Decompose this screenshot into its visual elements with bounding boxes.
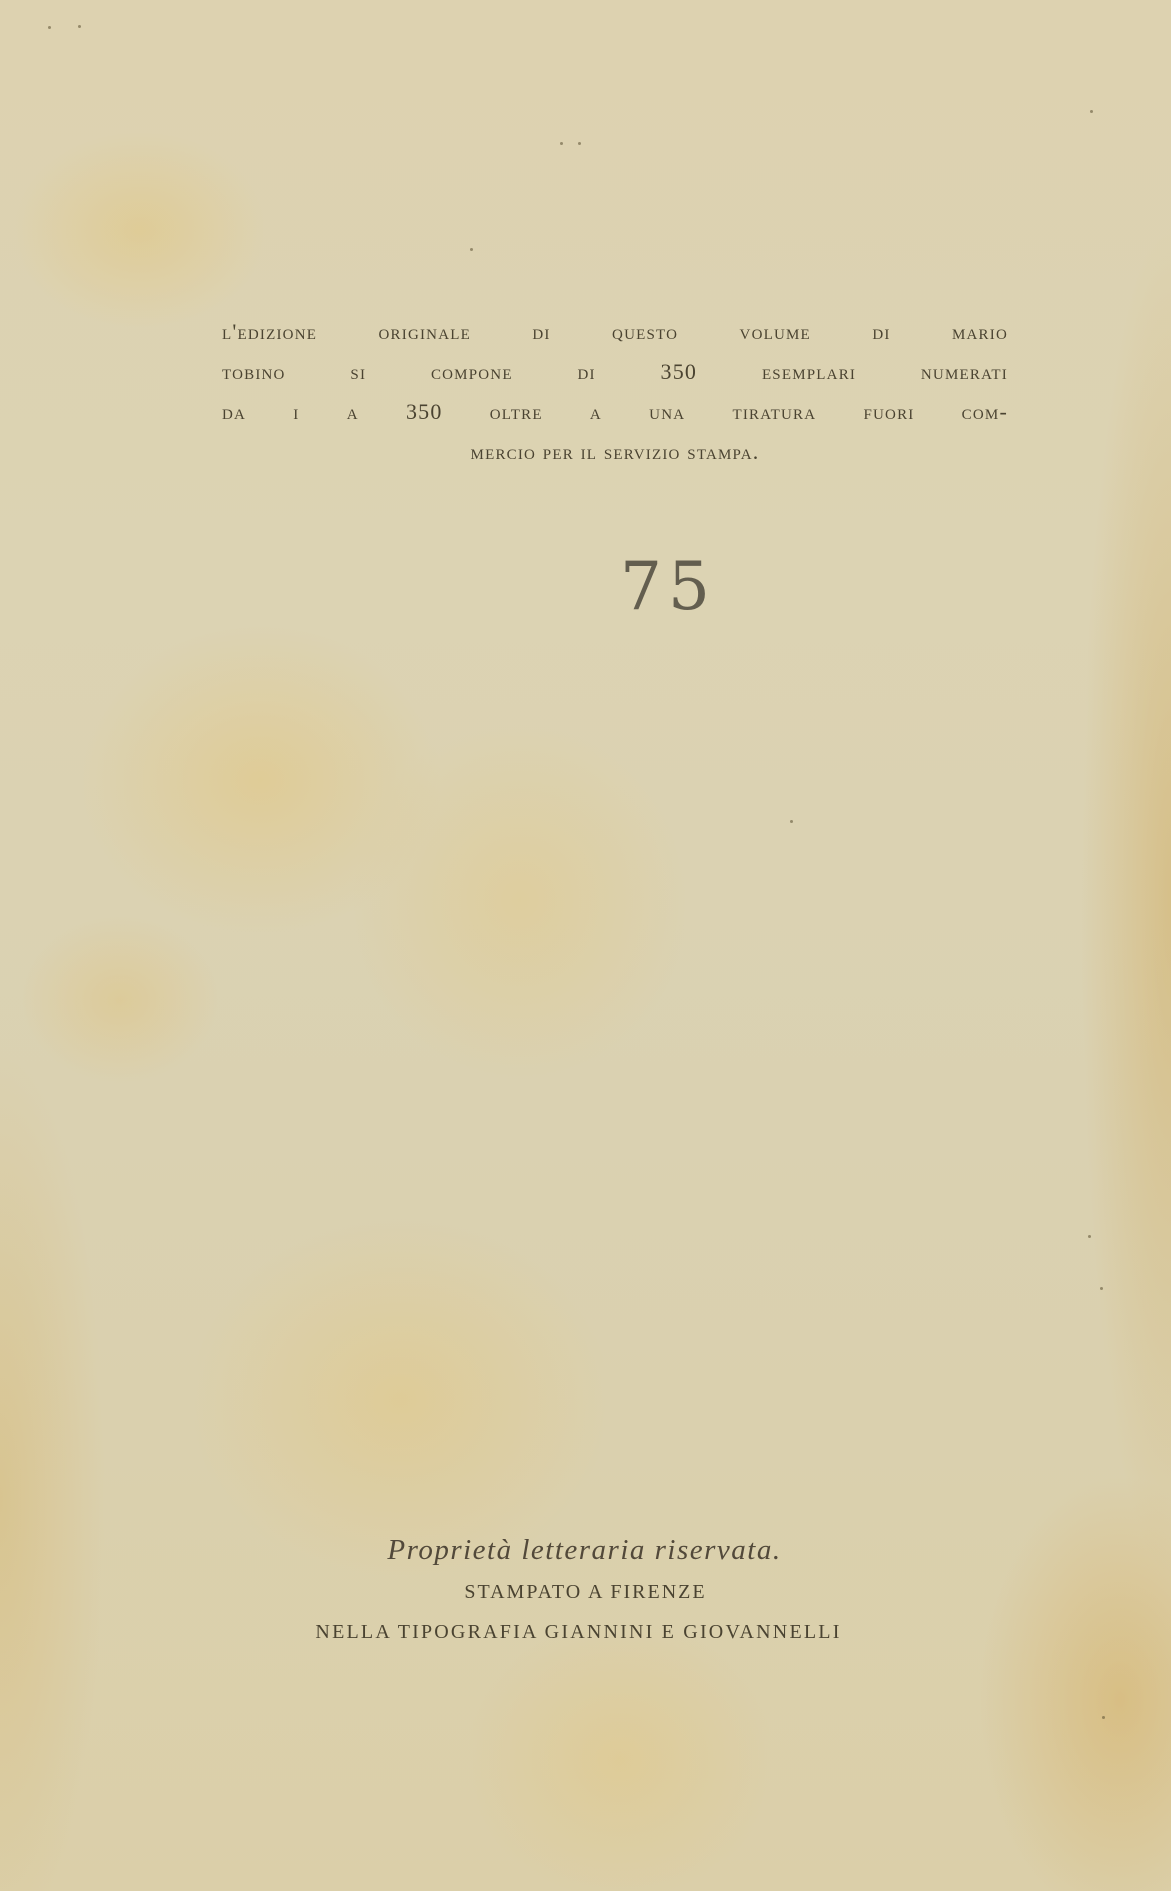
paper-speck (578, 142, 581, 145)
paper-speck (1102, 1716, 1105, 1719)
paper-speck (470, 248, 473, 251)
paper-speck (790, 820, 793, 823)
printed-at-line: STAMPATO A FIRENZE (0, 1572, 1171, 1612)
stamped-copy-number: 75 (620, 548, 716, 625)
paper-speck (1100, 1287, 1103, 1290)
printer-line: NELLA TIPOGRAFIA GIANNINI E GIOVANNELLI (0, 1612, 1171, 1652)
colophon-line: L'EDIZIONE ORIGINALE DI QUESTO VOLUME DI… (222, 312, 1008, 352)
limited-edition-statement: L'EDIZIONE ORIGINALE DI QUESTO VOLUME DI… (222, 312, 1008, 472)
imprint-block: Proprietà letteraria riservata. STAMPATO… (0, 1530, 1171, 1652)
copyright-notice: Proprietà letteraria riservata. (0, 1530, 1171, 1570)
paper-speck (1090, 110, 1093, 113)
paper-speck (1088, 1235, 1091, 1238)
colophon-line: TOBINO SI COMPONE DI 350 ESEMPLARI NUMER… (222, 352, 1008, 392)
colophon-line: MERCIO PER IL SERVIZIO STAMPA. (222, 432, 1008, 472)
paper-speck (560, 142, 563, 145)
colophon-line: DA I A 350 OLTRE A UNA TIRATURA FUORI CO… (222, 392, 1008, 432)
book-page: L'EDIZIONE ORIGINALE DI QUESTO VOLUME DI… (0, 0, 1171, 1891)
paper-speck (78, 25, 81, 28)
paper-speck (48, 26, 51, 29)
